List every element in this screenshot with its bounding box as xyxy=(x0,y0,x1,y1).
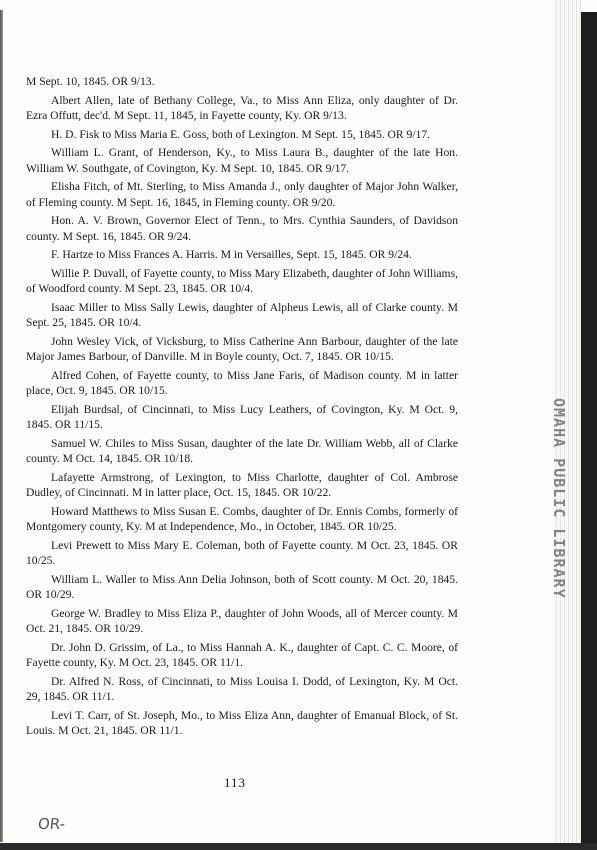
marriage-entry: Levi Prewett to Miss Mary E. Coleman, bo… xyxy=(26,538,458,569)
page-number: 113 xyxy=(0,775,470,791)
scan-binding-shadow xyxy=(581,12,597,844)
document-body: M Sept. 10, 1845. OR 9/13. Albert Allen,… xyxy=(26,74,458,742)
marriage-entry: George W. Bradley to Miss Eliza P., daug… xyxy=(26,606,458,637)
scan-left-edge xyxy=(0,10,3,842)
marriage-entry: Isaac Miller to Miss Sally Lewis, daught… xyxy=(26,300,458,331)
marriage-entry: Lafayette Armstrong, of Lexington, to Mi… xyxy=(26,470,458,501)
marriage-entry: Dr. John D. Grissim, of La., to Miss Han… xyxy=(26,640,458,671)
marriage-entry: William L. Waller to Miss Ann Delia John… xyxy=(26,572,458,603)
marriage-entry: John Wesley Vick, of Vicksburg, to Miss … xyxy=(26,334,458,365)
marriage-entry: Hon. A. V. Brown, Governor Elect of Tenn… xyxy=(26,213,458,244)
marriage-entry: Levi T. Carr, of St. Joseph, Mo., to Mis… xyxy=(26,708,458,739)
scan-bottom-edge xyxy=(0,843,597,850)
marriage-entry: Samuel W. Chiles to Miss Susan, daughter… xyxy=(26,436,458,467)
continuation-line: M Sept. 10, 1845. OR 9/13. xyxy=(26,74,458,89)
marriage-entry: Elisha Fitch, of Mt. Sterling, to Miss A… xyxy=(26,179,458,210)
marriage-entry: Elijah Burdsal, of Cincinnati, to Miss L… xyxy=(26,402,458,433)
marriage-entry: Alfred Cohen, of Fayette county, to Miss… xyxy=(26,368,458,399)
marriage-entry: William L. Grant, of Henderson, Ky., to … xyxy=(26,145,458,176)
marriage-entry: Dr. Alfred N. Ross, of Cincinnati, to Mi… xyxy=(26,674,458,705)
handwritten-note: OR- xyxy=(37,815,66,833)
marriage-entry: H. D. Fisk to Miss Maria E. Goss, both o… xyxy=(26,127,458,142)
marriage-entry: F. Hartze to Miss Frances A. Harris. M i… xyxy=(26,247,458,262)
marriage-entry: Albert Allen, late of Bethany College, V… xyxy=(26,93,458,124)
marriage-entry: Howard Matthews to Miss Susan E. Combs, … xyxy=(26,504,458,535)
library-stamp: OMAHA PUBLIC LIBRARY xyxy=(534,398,568,628)
marriage-entry: Willie P. Duvall, of Fayette county, to … xyxy=(26,266,458,297)
